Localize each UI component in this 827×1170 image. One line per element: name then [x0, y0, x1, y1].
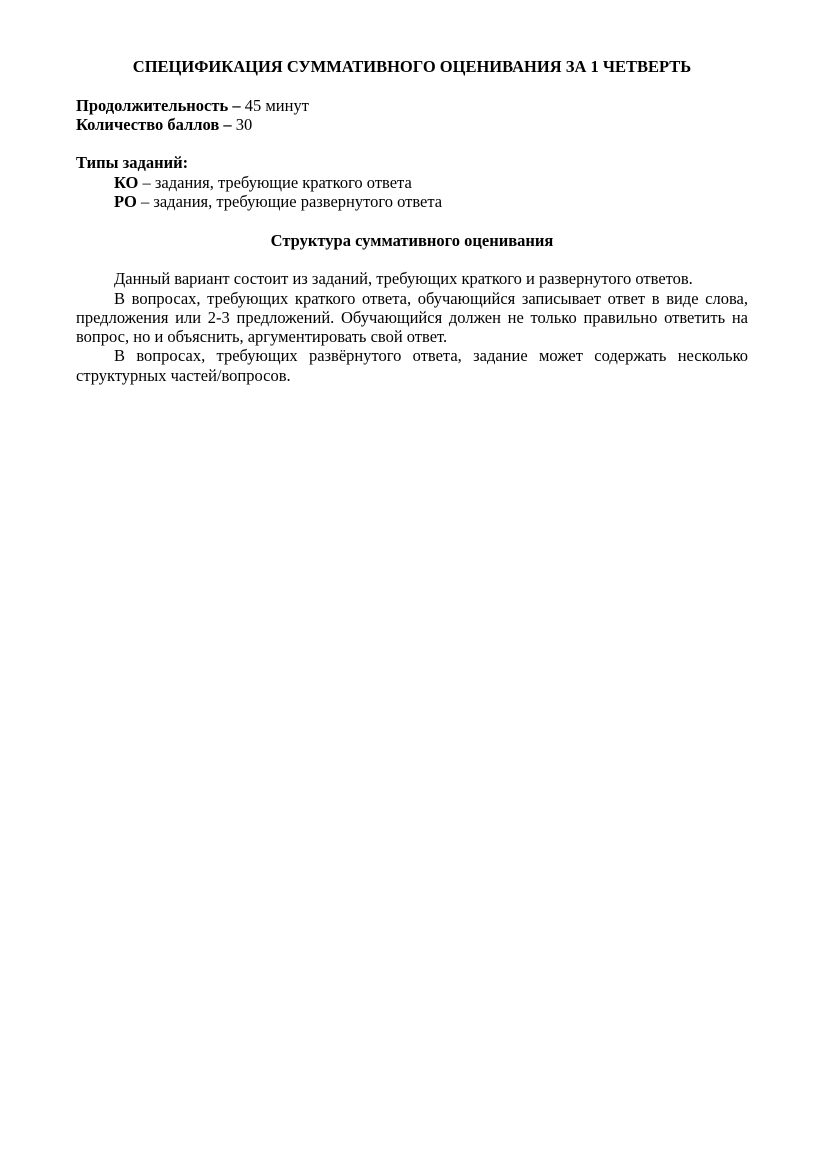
body-paragraph: Данный вариант состоит из заданий, требу…: [76, 269, 748, 288]
duration-label: Продолжительность –: [76, 96, 241, 115]
duration-value: 45 минут: [245, 96, 309, 115]
task-type-item-ro: РО – задания, требующие развернутого отв…: [76, 192, 748, 211]
section-heading: Структура суммативного оценивания: [76, 231, 748, 250]
document-page: СПЕЦИФИКАЦИЯ СУММАТИВНОГО ОЦЕНИВАНИЯ ЗА …: [0, 0, 827, 1170]
score-line: Количество баллов – 30: [76, 115, 748, 134]
task-type-description-ro: – задания, требующие развернутого ответа: [141, 192, 442, 211]
task-types-block: Типы заданий: КО – задания, требующие кр…: [76, 153, 748, 211]
task-type-description-ko: – задания, требующие краткого ответа: [143, 173, 412, 192]
score-label: Количество баллов –: [76, 115, 232, 134]
task-types-heading: Типы заданий:: [76, 153, 748, 172]
body-paragraph: В вопросах, требующих развёрнутого ответ…: [76, 346, 748, 385]
page-title: СПЕЦИФИКАЦИЯ СУММАТИВНОГО ОЦЕНИВАНИЯ ЗА …: [76, 57, 748, 76]
task-type-code-ro: РО: [114, 192, 137, 211]
body-paragraph: В вопросах, требующих краткого ответа, о…: [76, 289, 748, 347]
task-type-code-ko: КО: [114, 173, 138, 192]
duration-line: Продолжительность – 45 минут: [76, 96, 748, 115]
task-type-item-ko: КО – задания, требующие краткого ответа: [76, 173, 748, 192]
score-value: 30: [236, 115, 253, 134]
